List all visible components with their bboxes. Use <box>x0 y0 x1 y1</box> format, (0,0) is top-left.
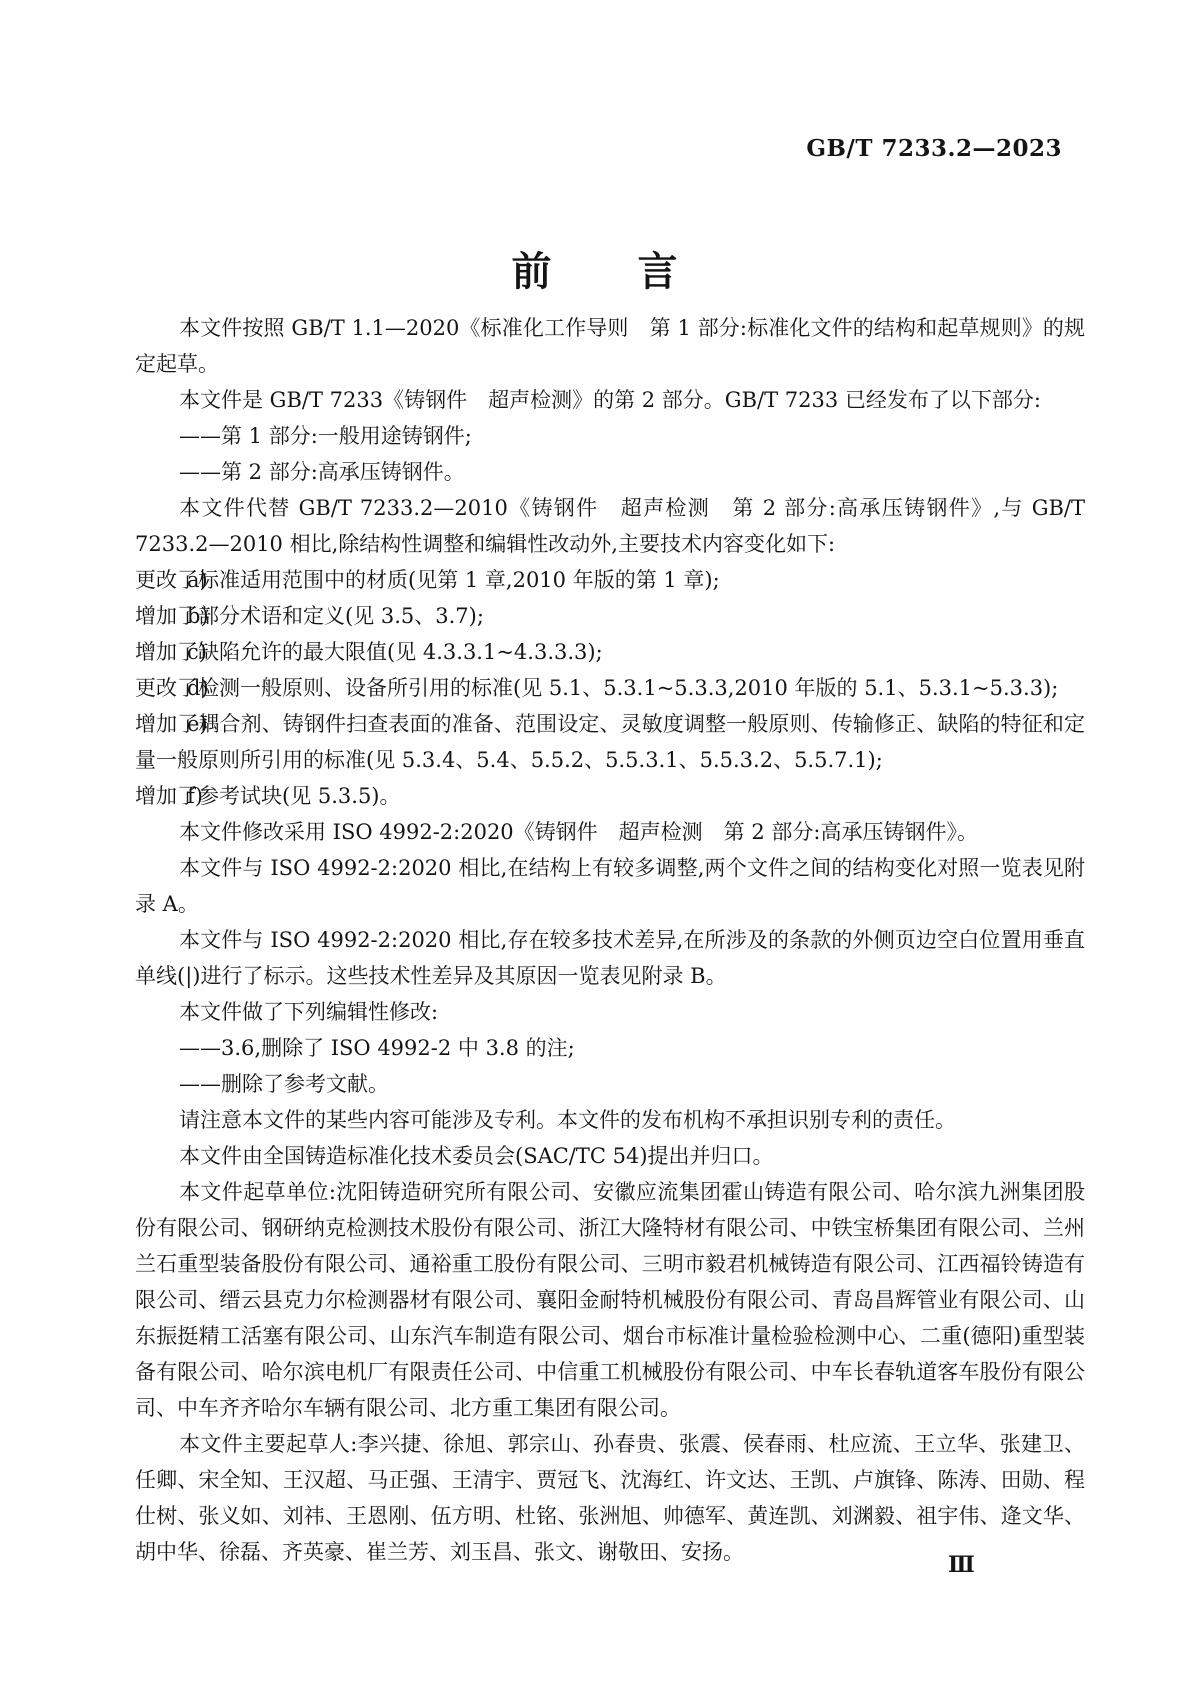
paragraph: 本文件与 ISO 4992-2:2020 相比,在结构上有较多调整,两个文件之间… <box>135 850 1085 922</box>
paragraph: ——第 1 部分:一般用途铸钢件; <box>135 418 1085 454</box>
paragraph-text: 本文件主要起草人:李兴捷、徐旭、郭宗山、孙春贵、张震、侯春雨、杜应流、王立华、张… <box>135 1432 1085 1564</box>
paragraph: 请注意本文件的某些内容可能涉及专利。本文件的发布机构不承担识别专利的责任。 <box>135 1102 1085 1138</box>
list-item: e)增加了耦合剂、铸钢件扫查表面的准备、范围设定、灵敏度调整一般原则、传输修正、… <box>135 706 1085 778</box>
paragraph: ——第 2 部分:高承压铸钢件。 <box>135 454 1085 490</box>
standard-document-page: GB/T 7233.2—2023 前 言 本文件按照 GB/T 1.1—2020… <box>0 0 1191 1684</box>
paragraph-text: 本文件与 ISO 4992-2:2020 相比,在结构上有较多调整,两个文件之间… <box>135 856 1085 916</box>
paragraph-text: ——删除了参考文献。 <box>179 1072 389 1096</box>
list-item: b)增加了部分术语和定义(见 3.5、3.7); <box>135 598 1085 634</box>
paragraph-text: 本文件由全国铸造标准化技术委员会(SAC/TC 54)提出并归口。 <box>179 1144 774 1168</box>
paragraph: 本文件起草单位:沈阳铸造研究所有限公司、安徽应流集团霍山铸造有限公司、哈尔滨九洲… <box>135 1174 1085 1426</box>
paragraph: 本文件与 ISO 4992-2:2020 相比,存在较多技术差异,在所涉及的条款… <box>135 922 1085 994</box>
list-item: f)增加了参考试块(见 5.3.5)。 <box>135 778 1085 814</box>
paragraph-text: 本文件起草单位:沈阳铸造研究所有限公司、安徽应流集团霍山铸造有限公司、哈尔滨九洲… <box>135 1180 1085 1420</box>
foreword-body: 本文件按照 GB/T 1.1—2020《标准化工作导则 第 1 部分:标准化文件… <box>135 310 1085 1570</box>
paragraph: ——删除了参考文献。 <box>135 1066 1085 1102</box>
paragraph-text: 本文件做了下列编辑性修改: <box>179 1000 438 1024</box>
paragraph-text: ——3.6,删除了 ISO 4992-2 中 3.8 的注; <box>179 1036 575 1060</box>
foreword-title: 前 言 <box>0 240 1191 297</box>
paragraph-text: 本文件修改采用 ISO 4992-2:2020《铸钢件 超声检测 第 2 部分:… <box>179 820 978 844</box>
list-item: c)增加了缺陷允许的最大限值(见 4.3.3.1~4.3.3.3); <box>135 634 1085 670</box>
list-item: a)更改了标准适用范围中的材质(见第 1 章,2010 年版的第 1 章); <box>135 562 1085 598</box>
paragraph-text: ——第 1 部分:一般用途铸钢件; <box>179 424 472 448</box>
page-number: Ⅲ <box>948 1552 975 1578</box>
list-item: d)更改了检测一般原则、设备所引用的标准(见 5.1、5.3.1~5.3.3,2… <box>135 670 1085 706</box>
list-item-label: a) <box>187 562 208 598</box>
paragraph-text: 更改了标准适用范围中的材质(见第 1 章,2010 年版的第 1 章); <box>135 568 720 592</box>
paragraph-text: 更改了检测一般原则、设备所引用的标准(见 5.1、5.3.1~5.3.3,201… <box>135 676 1058 700</box>
paragraph: 本文件由全国铸造标准化技术委员会(SAC/TC 54)提出并归口。 <box>135 1138 1085 1174</box>
paragraph: 本文件做了下列编辑性修改: <box>135 994 1085 1030</box>
list-item-label: c) <box>187 634 207 670</box>
paragraph-text: ——第 2 部分:高承压铸钢件。 <box>179 460 465 484</box>
paragraph: 本文件代替 GB/T 7233.2—2010《铸钢件 超声检测 第 2 部分:高… <box>135 490 1085 562</box>
document-number: GB/T 7233.2—2023 <box>806 135 1062 162</box>
paragraph-text: 请注意本文件的某些内容可能涉及专利。本文件的发布机构不承担识别专利的责任。 <box>179 1108 956 1132</box>
paragraph: 本文件按照 GB/T 1.1—2020《标准化工作导则 第 1 部分:标准化文件… <box>135 310 1085 382</box>
paragraph-text: 本文件与 ISO 4992-2:2020 相比,存在较多技术差异,在所涉及的条款… <box>135 928 1085 988</box>
paragraph-text: 增加了参考试块(见 5.3.5)。 <box>135 784 401 808</box>
paragraph-text: 本文件是 GB/T 7233《铸钢件 超声检测》的第 2 部分。GB/T 723… <box>179 388 1041 412</box>
list-item-label: d) <box>187 670 209 706</box>
paragraph: 本文件是 GB/T 7233《铸钢件 超声检测》的第 2 部分。GB/T 723… <box>135 382 1085 418</box>
paragraph: 本文件主要起草人:李兴捷、徐旭、郭宗山、孙春贵、张震、侯春雨、杜应流、王立华、张… <box>135 1426 1085 1570</box>
paragraph-text: 本文件代替 GB/T 7233.2—2010《铸钢件 超声检测 第 2 部分:高… <box>135 496 1085 556</box>
paragraph: ——3.6,删除了 ISO 4992-2 中 3.8 的注; <box>135 1030 1085 1066</box>
list-item-label: e) <box>187 706 208 742</box>
paragraph-text: 本文件按照 GB/T 1.1—2020《标准化工作导则 第 1 部分:标准化文件… <box>135 316 1085 376</box>
paragraph: 本文件修改采用 ISO 4992-2:2020《铸钢件 超声检测 第 2 部分:… <box>135 814 1085 850</box>
list-item-label: b) <box>187 598 209 634</box>
list-item-label: f) <box>187 778 203 814</box>
paragraph-text: 增加了耦合剂、铸钢件扫查表面的准备、范围设定、灵敏度调整一般原则、传输修正、缺陷… <box>135 712 1085 772</box>
